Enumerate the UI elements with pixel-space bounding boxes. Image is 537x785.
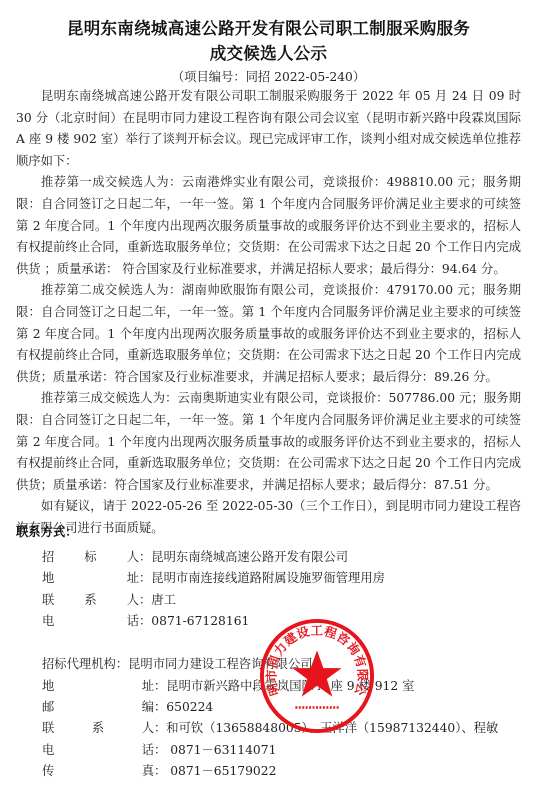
objection-paragraph: 如有疑议，请于 2022-05-26 至 2022-05-30（三个工作日），到…: [16, 496, 521, 539]
document-title-line2: 成交候选人公示: [0, 40, 537, 64]
tenderer-address-row: 地 址 ：昆明市南连接线道路附属设施罗衙管理用房: [42, 568, 385, 586]
contact-section-title: 联系方式：: [16, 522, 78, 540]
field-label: 联 系 人: [42, 718, 154, 736]
agency-fax-row: 传 真 ： 0871－65179022: [42, 761, 276, 779]
document-body: 昆明东南绕城高速公路开发有限公司职工制服采购服务于 2022 年 05 月 24…: [16, 86, 521, 539]
document-title-line1: 昆明东南绕城高速公路开发有限公司职工制服采购服务: [0, 15, 537, 39]
tenderer-address: ：昆明市南连接线道路附属设施罗衙管理用房: [139, 568, 385, 586]
agency-phone: ： 0871－63114071: [154, 740, 276, 758]
agency-phone-row: 电 话 ： 0871－63114071: [42, 740, 276, 758]
candidate-2-paragraph: 推荐第二成交候选人为：湖南帅欧服饰有限公司，竞谈报价：479170.00 元；服…: [16, 280, 521, 388]
field-label: 招 标 人: [42, 547, 139, 565]
tenderer-phone: ：0871-67128161: [139, 611, 249, 629]
tenderer-name-row: 招 标 人 ：昆明东南绕城高速公路开发有限公司: [42, 547, 348, 565]
agency-postcode-row: 邮 编 ：650224: [42, 697, 213, 715]
field-label: 地 址: [42, 568, 139, 586]
candidate-3-paragraph: 推荐第三成交候选人为：云南奥斯迪实业有限公司，竞谈报价：507786.00 元；…: [16, 388, 521, 496]
tenderer-name: ：昆明东南绕城高速公路开发有限公司: [139, 547, 348, 565]
field-label: 电 话: [42, 740, 154, 758]
field-label: 联 系 人: [42, 590, 139, 608]
project-number: （项目编号：同招 2022-05-240）: [0, 67, 537, 85]
agency-fax: ： 0871－65179022: [154, 761, 276, 779]
tenderer-contact: ：唐工: [139, 590, 176, 608]
agency-postcode: ：650224: [154, 697, 213, 715]
tenderer-phone-row: 电 话 ：0871-67128161: [42, 611, 249, 629]
field-label: 传 真: [42, 761, 154, 779]
intro-paragraph: 昆明东南绕城高速公路开发有限公司职工制服采购服务于 2022 年 05 月 24…: [16, 86, 521, 172]
field-label: 地 址: [42, 676, 154, 694]
official-seal-icon: 昆明市同力建设工程咨询有限公司: [258, 617, 376, 735]
field-label: 邮 编: [42, 697, 154, 715]
field-label: 招标代理机构: [42, 654, 116, 672]
candidate-1-paragraph: 推荐第一成交候选人为：云南港烨实业有限公司，竞谈报价：498810.00 元；服…: [16, 172, 521, 280]
field-label: 电 话: [42, 611, 139, 629]
tenderer-contact-row: 联 系 人 ：唐工: [42, 590, 176, 608]
